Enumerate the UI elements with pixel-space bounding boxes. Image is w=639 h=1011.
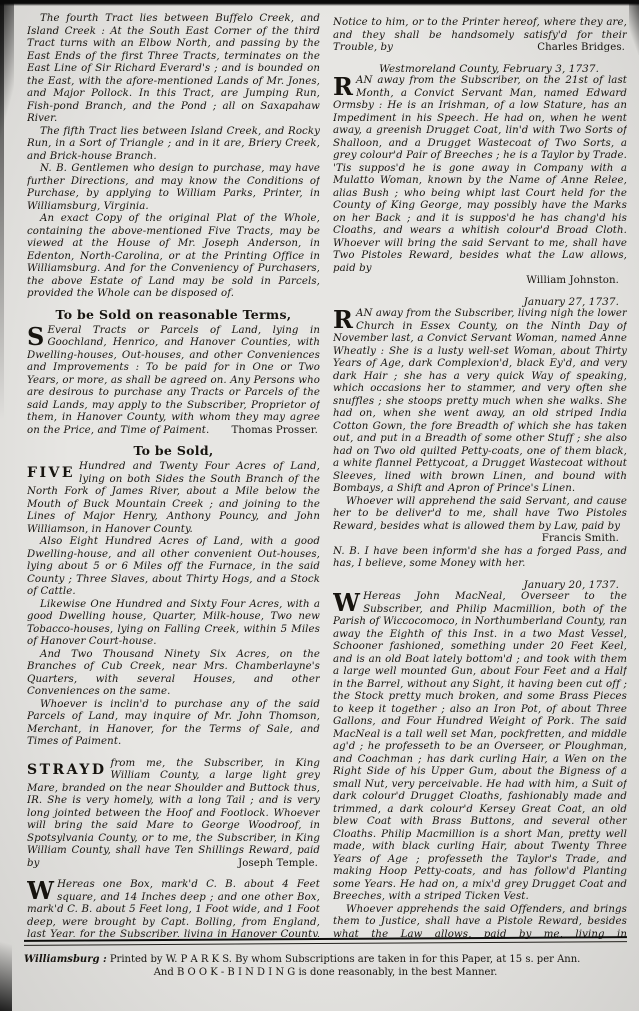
section-heading: To be Sold on reasonable Terms, [27,307,320,322]
block-text: The fourth Tract lies between Buffelo Cr… [27,13,320,124]
block-text: To be Sold, [133,443,213,458]
advert-paragraph: FIVE Hundred and Twenty Four Acres of La… [27,461,320,536]
scan-edge-top-right [629,0,639,55]
block-text: AN away from the Subscriber, on the 21st… [333,75,627,274]
signature: Charles Bridges. [537,42,625,55]
drop-cap: R [333,308,356,332]
advert-paragraph: The fifth Tract lies between Island Cree… [27,126,320,164]
block-text: Everal Tracts or Parcels of Land, lying … [27,325,320,436]
block-text: To be Sold on reasonable Terms, [56,307,292,322]
dateline: January 27, 1737. [333,296,627,309]
scan-edge-bottom-left [0,921,12,1011]
advert-paragraph: N. B. I have been inform'd she has a for… [333,546,627,571]
advert-paragraph: The fourth Tract lies between Buffelo Cr… [27,13,320,126]
signature: William Johnston. [333,275,627,288]
advert-paragraph: Also Eight Hundred Acres of Land, with a… [27,536,320,599]
block-text: The fifth Tract lies between Island Cree… [27,126,320,162]
advert-paragraph: Notice to him, or to the Printer hereof,… [333,17,627,55]
imprint-line-1: Williamsburg : Printed by W. P A R K S. … [24,953,627,966]
block-text: AN away from the Subscriber, living nigh… [333,308,627,494]
imprint-place: Williamsburg : [24,954,107,965]
footer-rule [24,936,627,946]
block-text: January 20, 1737. [524,579,619,591]
imprint-text: Printed by W. P A R K S. By whom Subscri… [107,954,581,965]
advert-paragraph: And Two Thousand Ninety Six Acres, on th… [27,649,320,699]
block-text: N. B. I have been inform'd she has a for… [333,546,627,570]
advert-paragraph: Whoever apprehends the said Offenders, a… [333,904,627,942]
block-text: Whoever is inclin'd to purchase any of t… [27,699,320,748]
dateline: January 20, 1737. [333,579,627,592]
block-text: Hereas one Box, mark'd C. B. about 4 Fee… [27,879,320,937]
block-text: Likewise One Hundred and Sixty Four Acre… [27,599,320,648]
block-text: An exact Copy of the original Plat of th… [27,213,320,299]
block-text: Also Eight Hundred Acres of Land, with a… [27,536,320,597]
advert-paragraph: STRAYD from me, the Subscriber, in King … [27,758,320,871]
block-text: Westmoreland County, February 3, 1737. [379,63,599,75]
block-text: And Two Thousand Ninety Six Acres, on th… [27,649,320,698]
drop-cap: S [27,325,47,349]
drop-cap: R [333,75,356,99]
signature: Thomas Prosser. [231,425,318,438]
section-heading: To be Sold, [27,443,320,458]
block-text: Whoever will apprehend the said Servant,… [333,496,627,532]
block-text: Hereas John MacNeal, Overseer to the Sub… [333,591,627,902]
advert-paragraph: SEveral Tracts or Parcels of Land, lying… [27,325,320,438]
text-columns: The fourth Tract lies between Buffelo Cr… [27,13,627,937]
advert-paragraph: An exact Copy of the original Plat of th… [27,213,320,301]
imprint-line-2: And B O O K - B I N D I N G is done reas… [24,966,627,979]
big-word: STRAYD [27,758,110,782]
block-text: Whoever apprehends the said Offenders, a… [333,904,627,942]
advert-paragraph: Whoever is inclin'd to purchase any of t… [27,699,320,749]
drop-cap: W [27,879,57,903]
big-word: FIVE [27,461,79,485]
signature: Francis Smith. [333,533,627,546]
advert-paragraph: RAN away from the Subscriber, on the 21s… [333,75,627,275]
imprint-footer: Williamsburg : Printed by W. P A R K S. … [24,938,627,979]
block-text: January 27, 1737. [524,296,619,308]
right-column: Notice to him, or to the Printer hereof,… [333,13,627,941]
block-text: N. B. Gentlemen who design to purchase, … [27,163,320,212]
advert-paragraph: Likewise One Hundred and Sixty Four Acre… [27,599,320,649]
left-column: The fourth Tract lies between Buffelo Cr… [27,13,320,937]
advert-paragraph: WHereas John MacNeal, Overseer to the Su… [333,591,627,904]
scan-edge-top [0,0,639,6]
advert-paragraph: Whoever will apprehend the said Servant,… [333,496,627,534]
advert-paragraph: RAN away from the Subscriber, living nig… [333,308,627,496]
newspaper-page: The fourth Tract lies between Buffelo Cr… [0,0,639,1011]
advert-paragraph: WHereas one Box, mark'd C. B. about 4 Fe… [27,879,320,937]
scan-edge-left [0,0,4,420]
dateline: Westmoreland County, February 3, 1737. [333,63,627,76]
advert-paragraph: N. B. Gentlemen who design to purchase, … [27,163,320,213]
drop-cap: W [333,591,363,615]
signature: Joseph Temple. [238,858,318,871]
